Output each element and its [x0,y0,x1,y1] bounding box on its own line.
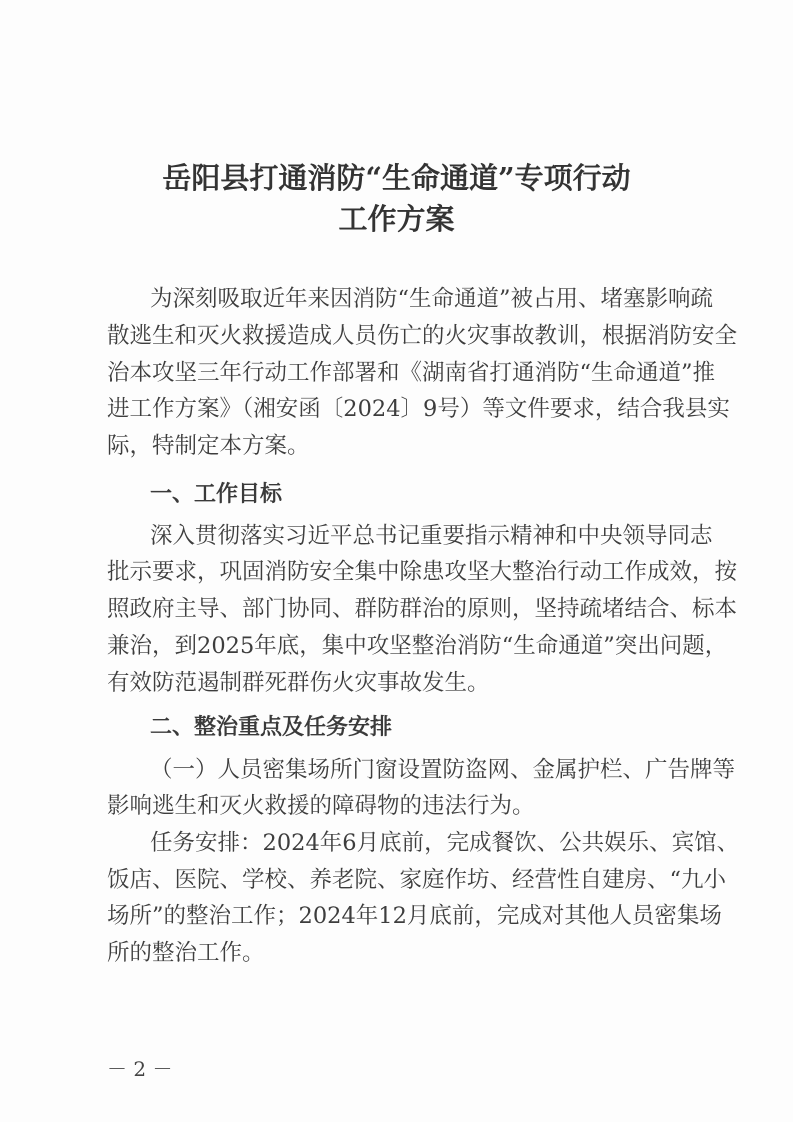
intro-line-2: 散逃生和灭火救援造成人员伤亡的火灾事故教训，根据消防安全 [107,321,691,351]
section-1-heading: 一、工作目标 [150,480,282,510]
section-1-line-1: 深入贯彻落实习近平总书记重要指示精神和中央领导同志 [150,521,691,551]
intro-line-5: 际，特制定本方案。 [107,431,691,461]
document-title-line-2: 工作方案 [0,197,793,238]
page-number: － 2 － [107,1053,172,1082]
section-1-line-5: 有效防范遏制群死群伤火灾事故发生。 [107,668,691,698]
section-2-heading: 二、整治重点及任务安排 [150,713,392,743]
section-2-task-1-line-4: 所的整治工作。 [107,938,691,968]
section-1-line-4: 兼治，到2025年底，集中攻坚整治消防“生命通道”突出问题， [107,631,691,661]
section-2-item-1-line-2: 影响逃生和灭火救援的障碍物的违法行为。 [107,791,691,821]
document-title-line-1: 岳阳县打通消防“生命通道”专项行动 [0,156,793,197]
intro-line-4: 进工作方案》（湘安函〔2024〕9号）等文件要求，结合我县实 [107,394,691,424]
section-2-task-1-line-1: 任务安排：2024年6月底前，完成餐饮、公共娱乐、宾馆、 [150,828,691,858]
section-2-task-1-line-2: 饭店、医院、学校、养老院、家庭作坊、经营性自建房、“九小 [107,865,691,895]
section-1-line-3: 照政府主导、部门协同、群防群治的原则，坚持疏堵结合、标本 [107,594,691,624]
section-2-task-1-line-3: 场所”的整治工作；2024年12月底前，完成对其他人员密集场 [107,901,691,931]
intro-line-3: 治本攻坚三年行动工作部署和《湖南省打通消防“生命通道”推 [107,358,691,388]
intro-line-1: 为深刻吸取近年来因消防“生命通道”被占用、堵塞影响疏 [150,284,691,314]
section-2-item-1-line-1: （一）人员密集场所门窗设置防盗网、金属护栏、广告牌等 [150,755,691,785]
document-page: 岳阳县打通消防“生命通道”专项行动 工作方案 为深刻吸取近年来因消防“生命通道”… [0,0,793,1122]
section-1-line-2: 批示要求，巩固消防安全集中除患攻坚大整治行动工作成效，按 [107,557,691,587]
